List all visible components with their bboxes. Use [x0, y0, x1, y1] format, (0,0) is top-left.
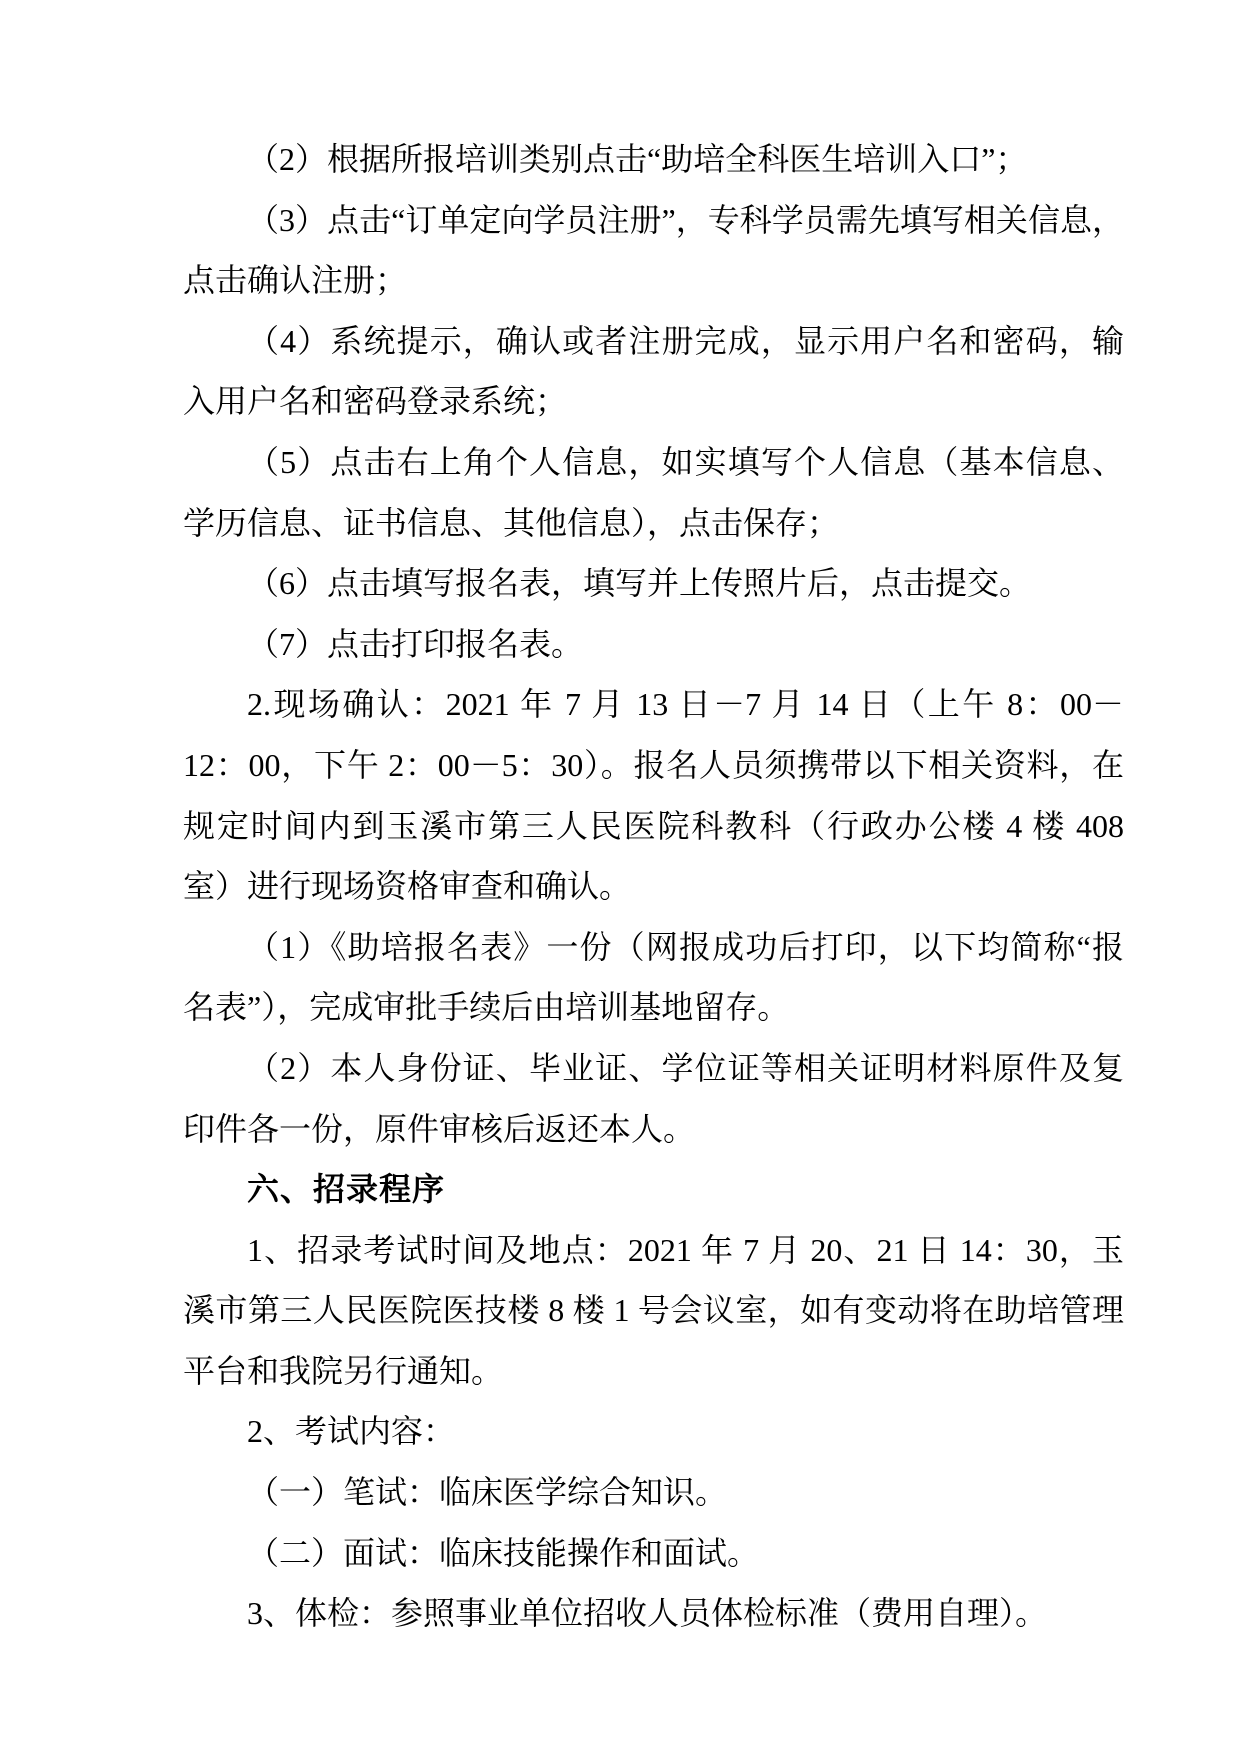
paragraph-exam-time-location: 1、招录考试时间及地点：2021 年 7 月 20、21 日 14：30，玉溪市… — [183, 1220, 1124, 1402]
paragraph-onsite-confirmation: 2.现场确认：2021 年 7 月 13 日－7 月 14 日（上午 8：00－… — [183, 674, 1124, 916]
paragraph-interview: （二）面试：临床技能操作和面试。 — [183, 1523, 1124, 1584]
paragraph-physical-exam: 3、体检：参照事业单位招收人员体检标准（费用自理）。 — [183, 1583, 1124, 1644]
document-body: （2）根据所报培训类别点击“助培全科医生培训入口”； （3）点击“订单定向学员注… — [183, 129, 1124, 1644]
paragraph-step-3: （3）点击“订单定向学员注册”，专科学员需先填写相关信息，点击确认注册； — [183, 190, 1124, 311]
paragraph-step-6: （6）点击填写报名表，填写并上传照片后，点击提交。 — [183, 553, 1124, 614]
paragraph-material-1: （1）《助培报名表》一份（网报成功后打印，以下均简称“报名表”），完成审批手续后… — [183, 917, 1124, 1038]
paragraph-step-2: （2）根据所报培训类别点击“助培全科医生培训入口”； — [183, 129, 1124, 190]
paragraph-step-4: （4）系统提示，确认或者注册完成，显示用户名和密码，输入用户名和密码登录系统； — [183, 311, 1124, 432]
paragraph-written-test: （一）笔试：临床医学综合知识。 — [183, 1462, 1124, 1523]
paragraph-material-2: （2）本人身份证、毕业证、学位证等相关证明材料原件及复印件各一份，原件审核后返还… — [183, 1038, 1124, 1159]
paragraph-exam-content: 2、考试内容： — [183, 1401, 1124, 1462]
document-page: （2）根据所报培训类别点击“助培全科医生培训入口”； （3）点击“订单定向学员注… — [0, 0, 1241, 1754]
paragraph-step-5: （5）点击右上角个人信息，如实填写个人信息（基本信息、学历信息、证书信息、其他信… — [183, 432, 1124, 553]
section-heading-recruitment-procedure: 六、招录程序 — [183, 1159, 1124, 1220]
paragraph-step-7: （7）点击打印报名表。 — [183, 614, 1124, 675]
